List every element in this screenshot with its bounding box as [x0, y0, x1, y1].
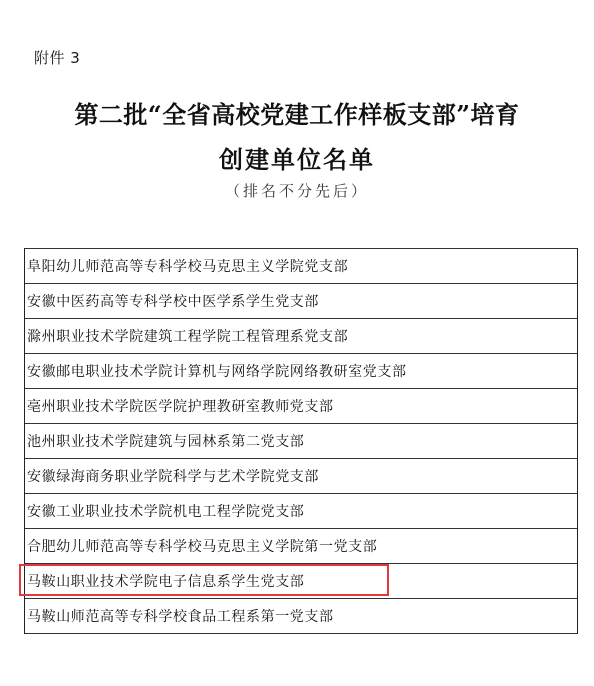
table-row: 池州职业技术学院建筑与园林系第二党支部	[25, 424, 577, 459]
unit-list-table: 阜阳幼儿师范高等专科学校马克思主义学院党支部 安徽中医药高等专科学校中医学系学生…	[24, 248, 578, 634]
attachment-label: 附件 3	[34, 47, 80, 68]
document-subtitle: （排名不分先后）	[0, 180, 594, 201]
table-row: 安徽邮电职业技术学院计算机与网络学院网络教研室党支部	[25, 354, 577, 389]
document-title-line-1: 第二批“全省高校党建工作样板支部”培育	[0, 95, 594, 130]
table-row: 阜阳幼儿师范高等专科学校马克思主义学院党支部	[25, 249, 577, 284]
table-row-highlighted: 马鞍山职业技术学院电子信息系学生党支部	[25, 564, 577, 599]
table-row: 马鞍山师范高等专科学校食品工程系第一党支部	[25, 599, 577, 634]
table-row: 安徽中医药高等专科学校中医学系学生党支部	[25, 284, 577, 319]
table-row: 滁州职业技术学院建筑工程学院工程管理系党支部	[25, 319, 577, 354]
table-row: 安徽绿海商务职业学院科学与艺术学院党支部	[25, 459, 577, 494]
table-row: 安徽工业职业技术学院机电工程学院党支部	[25, 494, 577, 529]
document-title-line-2: 创建单位名单	[0, 140, 594, 175]
table-row: 合肥幼儿师范高等专科学校马克思主义学院第一党支部	[25, 529, 577, 564]
table-row: 亳州职业技术学院医学院护理教研室教师党支部	[25, 389, 577, 424]
